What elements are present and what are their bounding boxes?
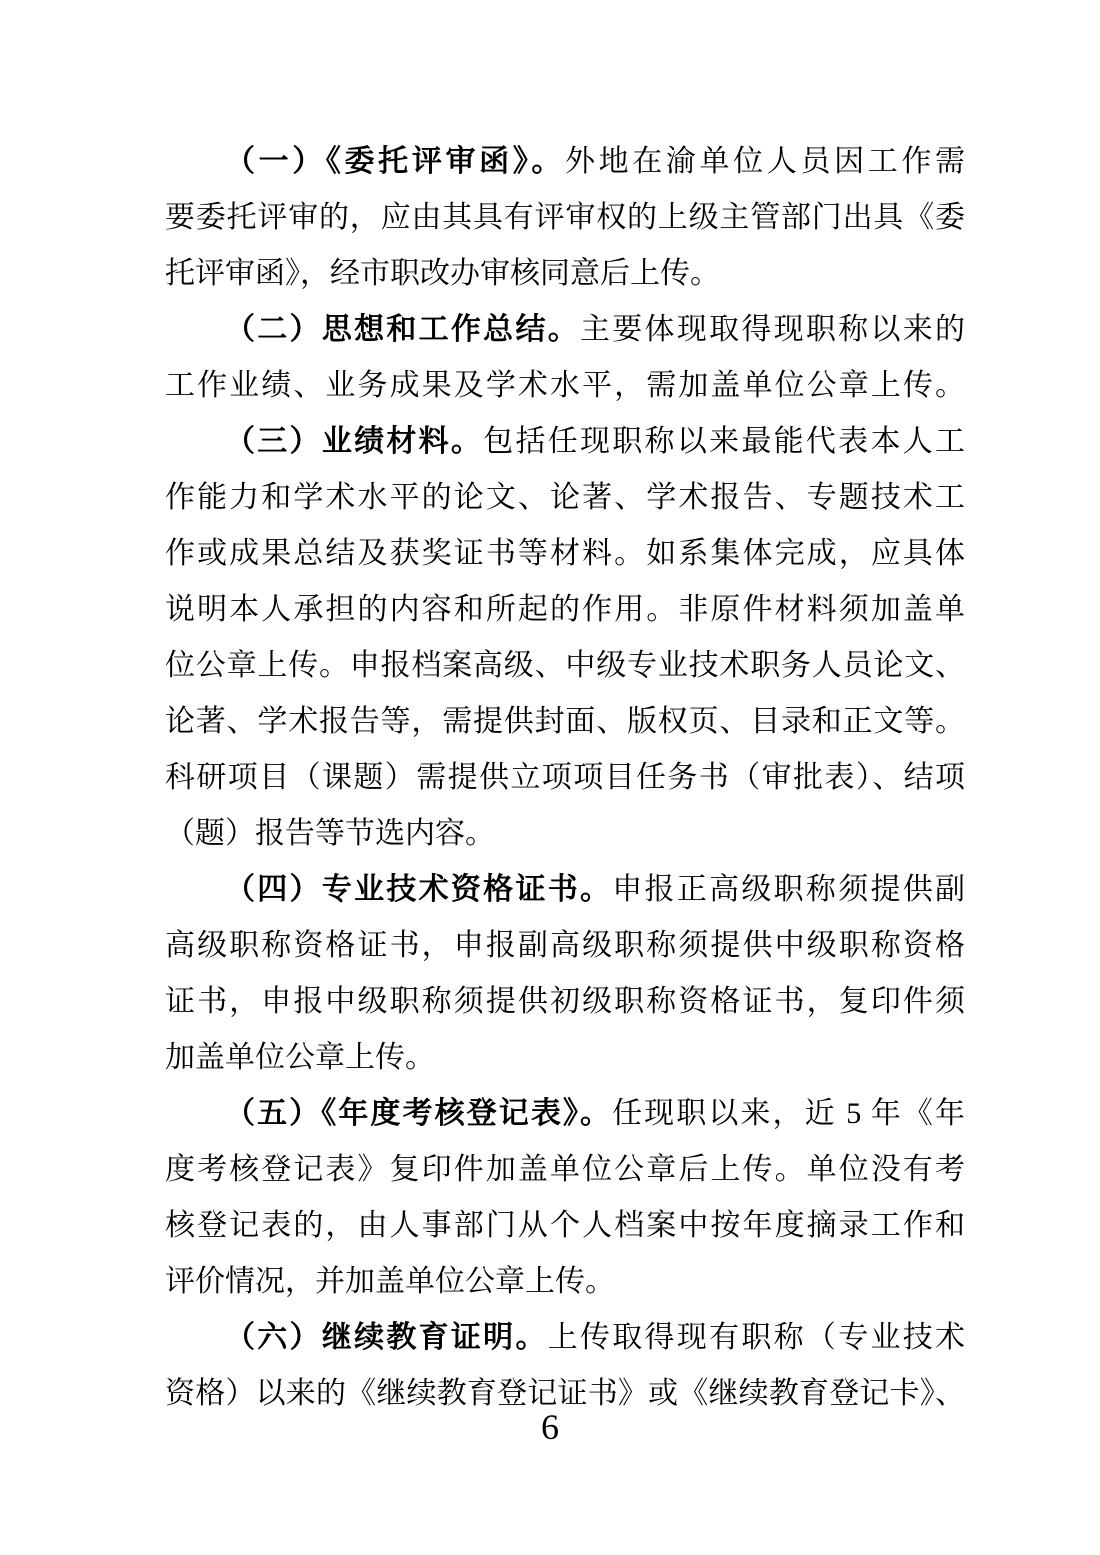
text-line: （二）思想和工作总结。主要体现取得现职称以来的: [165, 302, 965, 358]
line-text: 说明本人承担的内容和所起的作用。非原件材料须加盖单: [165, 593, 965, 626]
line-text: 托评审函》，经市职改办审核同意后上传。: [165, 257, 720, 290]
section-heading: （一）《委托评审函》。: [225, 145, 565, 178]
text-line: 说明本人承担的内容和所起的作用。非原件材料须加盖单: [165, 582, 965, 638]
text-line: 高级职称资格证书，申报副高级职称须提供中级职称资格: [165, 918, 965, 974]
line-text: 包括任现职称以来最能代表本人工: [483, 425, 965, 458]
text-line: 作能力和学术水平的论文、论著、学术报告、专题技术工: [165, 470, 965, 526]
text-line: （一）《委托评审函》。外地在渝单位人员因工作需: [165, 134, 965, 190]
text-line: 加盖单位公章上传。: [165, 1030, 965, 1086]
line-text: 科研项目（课题）需提供立项项目任务书（审批表）、结项: [165, 761, 965, 794]
line-text: 外地在渝单位人员因工作需: [565, 145, 965, 178]
line-text: 任现职以来，近 5 年《年: [612, 1097, 965, 1130]
line-text: 上传取得现有职称（专业技术: [548, 1321, 965, 1354]
section-heading: （五）《年度考核登记表》。: [225, 1097, 612, 1130]
line-text: 工作业绩、业务成果及学术水平，需加盖单位公章上传。: [165, 369, 965, 402]
line-text: 评价情况，并加盖单位公章上传。: [165, 1265, 615, 1298]
line-text: 核登记表的，由人事部门从个人档案中按年度摘录工作和: [165, 1209, 965, 1242]
text-line: 论著、学术报告等，需提供封面、版权页、目录和正文等。: [165, 694, 965, 750]
section-heading: （六）继续教育证明。: [225, 1321, 548, 1354]
line-text: 作能力和学术水平的论文、论著、学术报告、专题技术工: [165, 481, 965, 514]
line-text: 高级职称资格证书，申报副高级职称须提供中级职称资格: [165, 929, 965, 962]
line-text: 证书，申报中级职称须提供初级职称资格证书，复印件须: [165, 985, 965, 1018]
line-text: 要委托评审的，应由其具有评审权的上级主管部门出具《委: [165, 201, 965, 234]
line-text: 位公章上传。申报档案高级、中级专业技术职务人员论文、: [165, 649, 965, 682]
line-text: （题）报告等节选内容。: [165, 817, 495, 850]
text-line: 位公章上传。申报档案高级、中级专业技术职务人员论文、: [165, 638, 965, 694]
line-text: 主要体现取得现职称以来的: [580, 313, 965, 346]
line-text: 度考核登记表》复印件加盖单位公章后上传。单位没有考: [165, 1153, 965, 1186]
text-line: 评价情况，并加盖单位公章上传。: [165, 1254, 965, 1310]
text-line: 工作业绩、业务成果及学术水平，需加盖单位公章上传。: [165, 358, 965, 414]
document-page: （一）《委托评审函》。外地在渝单位人员因工作需 要委托评审的，应由其具有评审权的…: [0, 0, 1100, 1555]
line-text: 作或成果总结及获奖证书等材料。如系集体完成，应具体: [165, 537, 965, 570]
text-line: 度考核登记表》复印件加盖单位公章后上传。单位没有考: [165, 1142, 965, 1198]
text-line: （五）《年度考核登记表》。任现职以来，近 5 年《年: [165, 1086, 965, 1142]
text-line: 核登记表的，由人事部门从个人档案中按年度摘录工作和: [165, 1198, 965, 1254]
page-content: （一）《委托评审函》。外地在渝单位人员因工作需 要委托评审的，应由其具有评审权的…: [165, 134, 965, 1422]
text-line: 托评审函》，经市职改办审核同意后上传。: [165, 246, 965, 302]
text-line: 科研项目（课题）需提供立项项目任务书（审批表）、结项: [165, 750, 965, 806]
page-number: 6: [0, 1406, 1100, 1448]
section-heading: （三）业绩材料。: [225, 425, 483, 458]
text-line: 证书，申报中级职称须提供初级职称资格证书，复印件须: [165, 974, 965, 1030]
line-text: 申报正高级职称须提供副: [612, 873, 965, 906]
text-line: 作或成果总结及获奖证书等材料。如系集体完成，应具体: [165, 526, 965, 582]
text-line: （三）业绩材料。包括任现职称以来最能代表本人工: [165, 414, 965, 470]
text-line: 要委托评审的，应由其具有评审权的上级主管部门出具《委: [165, 190, 965, 246]
text-line: （题）报告等节选内容。: [165, 806, 965, 862]
line-text: 加盖单位公章上传。: [165, 1041, 435, 1074]
line-text: 论著、学术报告等，需提供封面、版权页、目录和正文等。: [165, 705, 965, 738]
section-heading: （二）思想和工作总结。: [225, 313, 580, 346]
text-line: （四）专业技术资格证书。申报正高级职称须提供副: [165, 862, 965, 918]
text-line: （六）继续教育证明。上传取得现有职称（专业技术: [165, 1310, 965, 1366]
section-heading: （四）专业技术资格证书。: [225, 873, 612, 906]
